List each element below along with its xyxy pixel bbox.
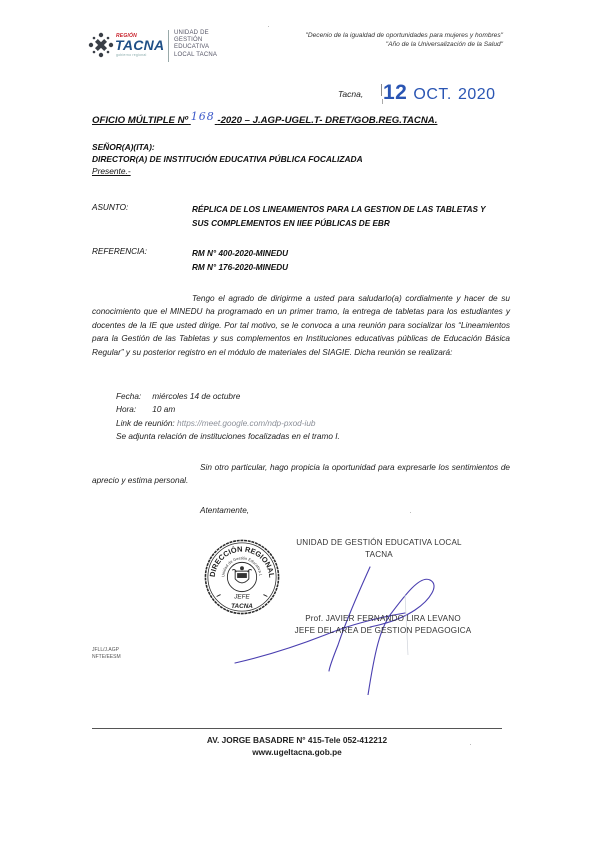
hora-value: 10 am (152, 405, 175, 414)
stamp-month: OCT. (413, 86, 451, 103)
presente: Presente.- (92, 165, 363, 177)
stamp-day: 12 (383, 81, 407, 104)
closing-text: Sin otro particular, hago propicia la op… (92, 463, 510, 485)
date-stamp: 12 OCT. 2020 (383, 81, 496, 105)
signer-block: Prof. JAVIER FERNANDO LIRA LEVANO JEFE D… (268, 613, 498, 637)
signer-position: JEFE DEL AREA DE GESTION PEDAGOGICA (268, 625, 498, 637)
addressee-title: DIRECTOR(A) DE INSTITUCIÓN EDUCATIVA PÚB… (92, 153, 363, 165)
document-reference-number: OFICIO MÚLTIPLE Nº 168 -2020 – J.AGP-UGE… (92, 113, 437, 126)
hora-label: Hora: (116, 403, 150, 416)
ugel-line: EDUCATIVA (174, 44, 217, 51)
scan-speck (470, 744, 471, 745)
letterhead-logo: REGIÓN TACNA gobierno regional UNIDAD DE… (88, 28, 278, 64)
referencia-value: RM N° 400-2020-MINEDU RM N° 176-2020-MIN… (192, 247, 288, 275)
motto-line: "Año de la Universalización de la Salud" (306, 40, 504, 49)
logo-ugel-text: UNIDAD DE GESTIÓN EDUCATIVA LOCAL TACNA (174, 30, 217, 59)
oficio-prefix: OFICIO MÚLTIPLE Nº (92, 115, 188, 126)
header-mottos: "Decenio de la igualdad de oportunidades… (306, 31, 504, 49)
stamp-mark (381, 84, 382, 96)
initials-line: NFTE/EESM (92, 654, 121, 661)
date-place: Tacna, (338, 89, 363, 99)
meeting-link: Link de reunión: https://meet.google.com… (116, 417, 340, 430)
logo-divider (168, 30, 169, 62)
footer-divider (92, 728, 502, 729)
ugel-line: LOCAL TACNA (174, 52, 217, 59)
sign-off: Atentamente, (200, 506, 249, 515)
signer-name: Prof. JAVIER FERNANDO LIRA LEVANO (268, 613, 498, 625)
handwritten-number: 168 (191, 110, 215, 123)
referencia-label: REFERENCIA: (92, 247, 147, 256)
tacna-region-logo-icon (88, 32, 114, 58)
meeting-details: Fecha: miércoles 14 de octubre Hora: 10 … (116, 390, 340, 444)
footer-website[interactable]: www.ugeltacna.gob.pe (92, 746, 502, 758)
closing-paragraph: Sin otro particular, hago propicia la op… (92, 461, 510, 488)
link-label: Link de reunión: (116, 419, 175, 428)
asunto-line: SUS COMPLEMENTOS EN IIEE PÚBLICAS DE EBR (192, 217, 522, 231)
oficio-suffix: -2020 – J.AGP-UGEL.T- DRET/GOB.REG.TACNA… (217, 115, 437, 126)
motto-line: "Decenio de la igualdad de oportunidades… (306, 31, 504, 40)
body-paragraph: Tengo el agrado de dirigirme a usted par… (92, 292, 510, 359)
addressee-block: SEÑOR(A)(ITA): DIRECTOR(A) DE INSTITUCIÓ… (92, 141, 363, 177)
footer: AV. JORGE BASADRE N° 415-Tele 052-412212… (92, 734, 502, 758)
stamp-year: 2020 (458, 86, 496, 103)
salutation: SEÑOR(A)(ITA): (92, 141, 363, 153)
asunto-line: RÉPLICA DE LOS LINEAMIENTOS PARA LA GEST… (192, 203, 522, 217)
meeting-time: Hora: 10 am (116, 403, 340, 416)
fecha-value: miércoles 14 de octubre (152, 392, 240, 401)
asunto-value: RÉPLICA DE LOS LINEAMIENTOS PARA LA GEST… (192, 203, 522, 230)
logo-name: TACNA (115, 37, 164, 53)
referencia-item: RM N° 176-2020-MINEDU (192, 261, 288, 275)
logo-tagline: gobierno regional (116, 53, 146, 57)
footer-address: AV. JORGE BASADRE N° 415-Tele 052-412212 (92, 734, 502, 746)
initials-line: JFLL/J.AGP (92, 647, 121, 654)
meeting-link-url[interactable]: https://meet.google.com/ndp-pxod-iub (177, 419, 316, 428)
meeting-date: Fecha: miércoles 14 de octubre (116, 390, 340, 403)
asunto-label: ASUNTO: (92, 203, 128, 212)
scan-speck (268, 26, 269, 27)
unit-line: UNIDAD DE GESTIÓN EDUCATIVA LOCAL (274, 537, 484, 549)
referencia-item: RM N° 400-2020-MINEDU (192, 247, 288, 261)
scan-speck (410, 512, 411, 513)
body-text: Tengo el agrado de dirigirme a usted par… (92, 294, 510, 357)
reference-initials: JFLL/J.AGP NFTE/EESM (92, 647, 121, 660)
attachment-note: Se adjunta relación de instituciones foc… (116, 430, 340, 443)
fecha-label: Fecha: (116, 390, 150, 403)
ugel-line: GESTIÓN (174, 37, 217, 44)
